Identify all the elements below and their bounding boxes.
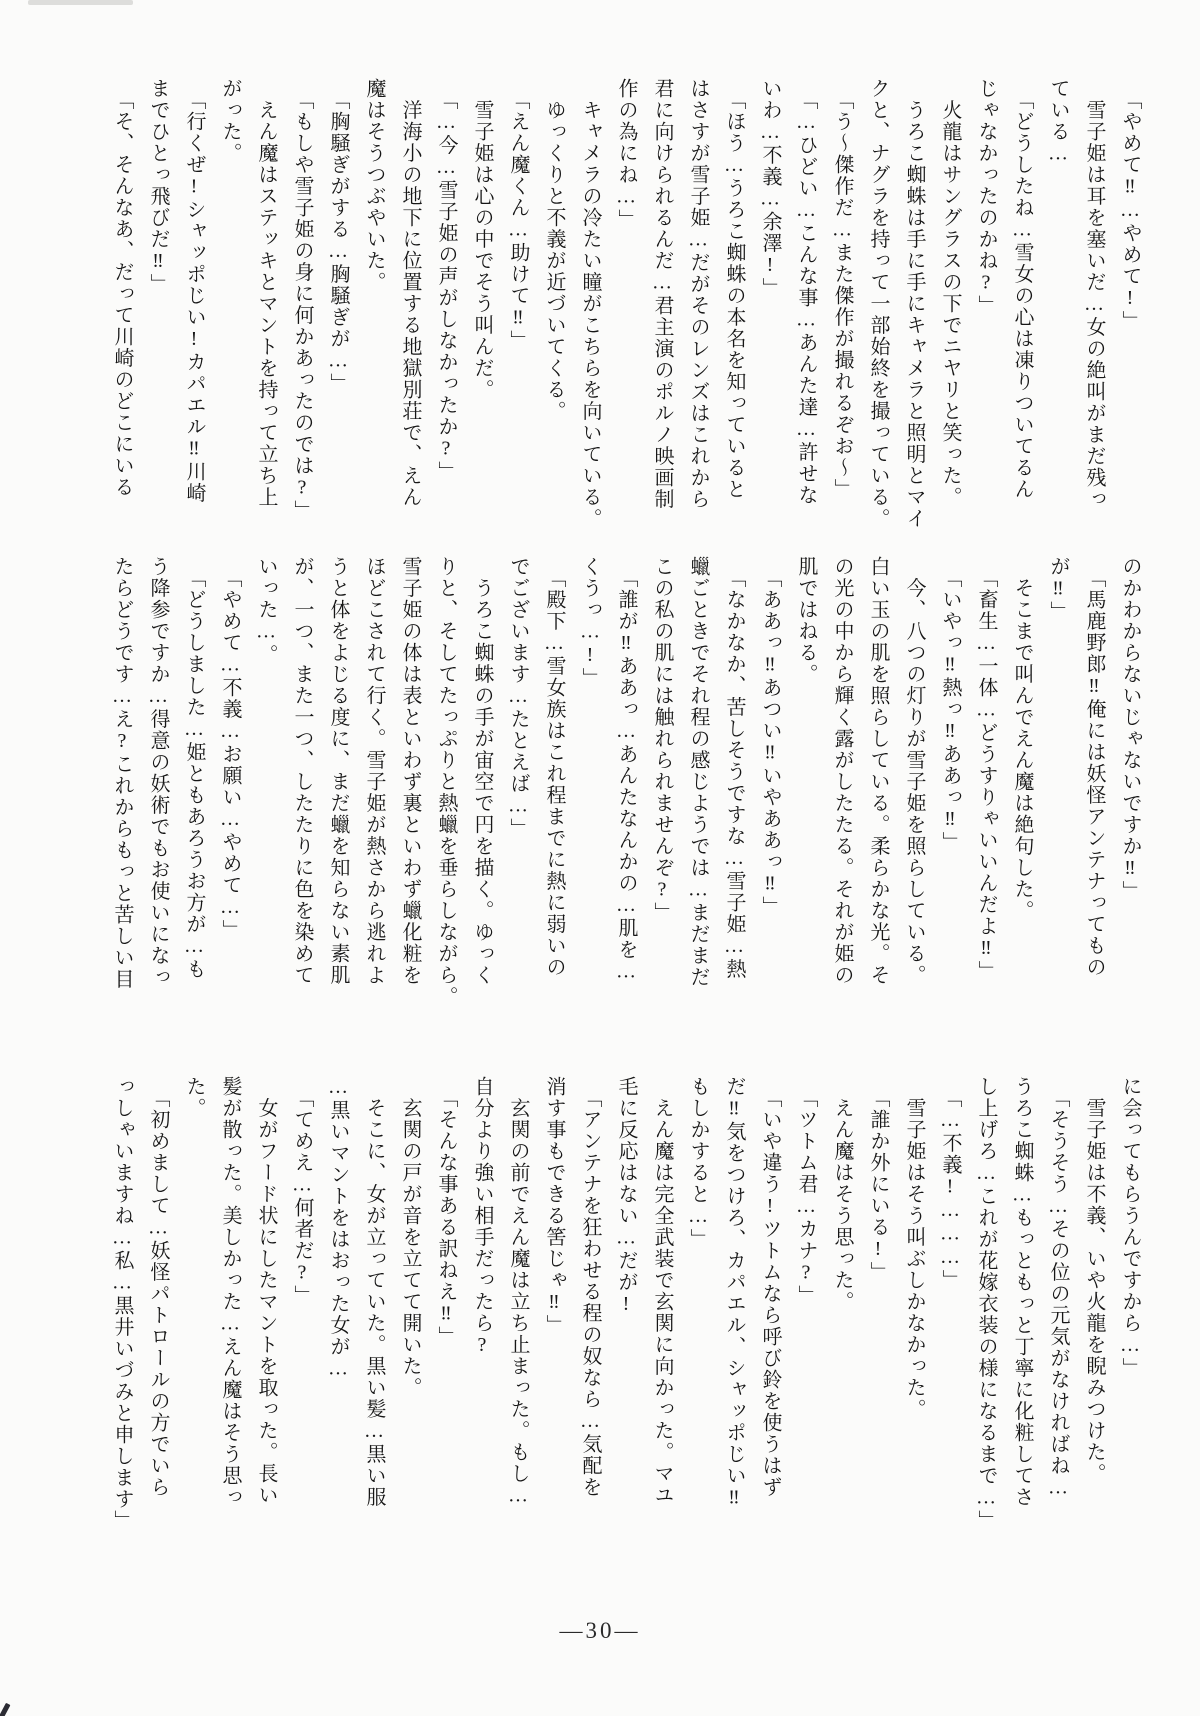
text-column: 肌ではねる。: [788, 556, 824, 1022]
text-column: 「行くぜ!シャッポじい!カパエル‼川崎: [176, 78, 212, 536]
text-band-top: 「やめて‼…やめて!」 雪子姫は耳を塞いだ…女の絶叫がまだ残っている… 「どうし…: [104, 78, 1148, 536]
text-column: までひとっ飛びだ‼」: [140, 78, 176, 536]
text-column: 「殿下…雪女族はこれ程までに熱に弱いの: [536, 556, 572, 1022]
text-column: 「いやっ‼熱っ‼ああっ‼」: [932, 556, 968, 1022]
text-column: 「もしや雪子姫の身に何かあったのでは?」: [284, 78, 320, 536]
text-column: 玄関の戸が音を立てて開いた。: [392, 1076, 428, 1520]
text-column: でございます…たとえば…」: [500, 556, 536, 1022]
text-column: 「誰が‼ああっ…あんたなんかの…肌を…: [608, 556, 644, 1022]
text-column: …黒いマントをはおった女が…: [320, 1076, 356, 1520]
text-column: 「誰か外にいる!」: [860, 1076, 896, 1520]
text-column: 白い玉の肌を照らしている。柔らかな光。そ: [860, 556, 896, 1022]
text-column: 作の為にね…」: [608, 78, 644, 536]
text-band-bottom: に会ってもらうんですから…」 雪子姫は不義、いや火龍を睨みつけた。 「そうそう……: [104, 1076, 1148, 1520]
text-column: じゃなかったのかね?」: [968, 78, 1004, 536]
text-column: 雪子姫はそう叫ぶしかなかった。: [896, 1076, 932, 1520]
text-column: し上げろ…これが花嫁衣装の様になるまで…」: [968, 1076, 1004, 1520]
text-column: たらどうです…え?これからもっと苦しい目: [104, 556, 140, 1022]
text-column: 「ツトム君…カナ?」: [788, 1076, 824, 1520]
text-column: 自分より強い相手だったら?: [464, 1076, 500, 1520]
scan-smudge: [28, 0, 133, 5]
text-column: 「そ、そんなあ、だって川崎のどこにいる: [104, 78, 140, 536]
text-column: だ‼気をつけろ、カパエル、シャッポじい‼: [716, 1076, 752, 1520]
text-column: 「馬鹿野郎‼俺には妖怪アンテナってもの: [1076, 556, 1112, 1022]
text-column: えん魔はステッキとマントを持って立ち上: [248, 78, 284, 536]
text-column: うと体をよじる度に、まだ蠟を知らない素肌: [320, 556, 356, 1022]
text-column: 「畜生…一体…どうすりゃいいんだよ‼」: [968, 556, 1004, 1022]
text-column: 君に向けられるんだ…君主演のポルノ映画制: [644, 78, 680, 536]
text-column: 消す事もできる筈じゃ‼」: [536, 1076, 572, 1520]
text-column: 「う〜傑作だ…また傑作が撮れるぞお〜」: [824, 78, 860, 536]
text-column: 「そんな事ある訳ねえ‼」: [428, 1076, 464, 1520]
text-column: う降参ですか…得意の妖術でもお使いになっ: [140, 556, 176, 1022]
text-column: た。: [176, 1076, 212, 1520]
text-column: 「どうしました…姫ともあろうお方が…も: [176, 556, 212, 1022]
text-column: 「…今…雪子姫の声がしなかったか?」: [428, 78, 464, 536]
text-column: くうっ…!」: [572, 556, 608, 1022]
text-column: うろこ蜘蛛は手に手にキャメラと照明とマイ: [896, 78, 932, 536]
text-column: 「えん魔くん…助けて‼」: [500, 78, 536, 536]
text-column: っしゃいますね…私…黒井いづみと申します」: [104, 1076, 140, 1520]
text-column: が‼」: [1040, 556, 1076, 1022]
text-column: うろこ蜘蛛の手が宙空で円を描く。ゆっく: [464, 556, 500, 1022]
text-column: が、一つ、また一つ、したたりに色を染めて: [284, 556, 320, 1022]
text-column: りと、そしてたっぷりと熱蠟を垂らしながら。: [428, 556, 464, 1022]
text-column: 「胸騒ぎがする…胸騒ぎが…」: [320, 78, 356, 536]
text-column: 雪子姫は不義、いや火龍を睨みつけた。: [1076, 1076, 1112, 1520]
text-column: 魔はそうつぶやいた。: [356, 78, 392, 536]
text-column: 「…ひどい…こんな事…あんた達…許せな: [788, 78, 824, 536]
text-column: 今、八つの灯りが雪子姫を照らしている。: [896, 556, 932, 1022]
text-column: 蠟ごときでそれ程の感じようでは…まだまだ: [680, 556, 716, 1022]
text-column: キャメラの冷たい瞳がこちらを向いている。: [572, 78, 608, 536]
text-column: いった…。: [248, 556, 284, 1022]
text-column: 「どうしたね…雪女の心は凍りついてるん: [1004, 78, 1040, 536]
text-column: のかわからないじゃないですか‼」: [1112, 556, 1148, 1022]
text-column: に会ってもらうんですから…」: [1112, 1076, 1148, 1520]
text-column: 「ああっ‼あつい‼いやああっ‼」: [752, 556, 788, 1022]
text-column: 「いや違う!ツトムなら呼び鈴を使うはず: [752, 1076, 788, 1520]
text-column: 玄関の前でえん魔は立ち止まった。もし…: [500, 1076, 536, 1520]
text-column: ている…: [1040, 78, 1076, 536]
text-column: いわ…不義…余澤!」: [752, 78, 788, 536]
page-number: ―30―: [0, 1618, 1200, 1644]
text-column: えん魔はそう思った。: [824, 1076, 860, 1520]
text-column: ほどこされて行く。雪子姫が熱さから逃れよ: [356, 556, 392, 1022]
text-column: 「…不義!………」: [932, 1076, 968, 1520]
text-column: がった。: [212, 78, 248, 536]
text-column: 雪子姫は耳を塞いだ…女の絶叫がまだ残っ: [1076, 78, 1112, 536]
text-column: ゆっくりと不義が近づいてくる。: [536, 78, 572, 536]
text-column: 「初めまして…妖怪パトロールの方でいら: [140, 1076, 176, 1520]
text-column: 洋海小の地下に位置する地獄別荘で、えん: [392, 78, 428, 536]
text-column: クと、ナグラを持って一部始終を撮っている。: [860, 78, 896, 536]
text-band-middle: のかわからないじゃないですか‼」 「馬鹿野郎‼俺には妖怪アンテナってものが‼」 …: [104, 556, 1148, 1022]
text-column: 「やめて‼…やめて!」: [1112, 78, 1148, 536]
text-column: 「てめえ…何者だ?」: [284, 1076, 320, 1520]
text-column: はさすが雪子姫…だがそのレンズはこれから: [680, 78, 716, 536]
scan-artifact: [0, 1703, 10, 1716]
text-column: 「そうそう…その位の元気がなければね…: [1040, 1076, 1076, 1520]
text-column: の光の中から輝く露がしたたる。それが姫の: [824, 556, 860, 1022]
scanned-document-page: 「やめて‼…やめて!」 雪子姫は耳を塞いだ…女の絶叫がまだ残っている… 「どうし…: [0, 0, 1200, 1716]
text-column: うろこ蜘蛛…もっともっと丁寧に化粧してさ: [1004, 1076, 1040, 1520]
text-column: もしかすると…」: [680, 1076, 716, 1520]
text-column: 「アンテナを狂わせる程の奴なら…気配を: [572, 1076, 608, 1520]
text-column: 雪子姫は心の中でそう叫んだ。: [464, 78, 500, 536]
text-column: そこまで叫んでえん魔は絶句した。: [1004, 556, 1040, 1022]
text-column: 毛に反応はない…だが!: [608, 1076, 644, 1520]
text-column: えん魔は完全武装で玄関に向かった。マユ: [644, 1076, 680, 1520]
text-column: 「なかなか、苦しそうですな…雪子姫…熱: [716, 556, 752, 1022]
text-column: 「やめて…不義…お願い…やめて…」: [212, 556, 248, 1022]
text-column: 女がフード状にしたマントを取った。長い: [248, 1076, 284, 1520]
text-column: 雪子姫の体は表といわず裏といわず蠟化粧を: [392, 556, 428, 1022]
text-column: この私の肌には触れられませんぞ?」: [644, 556, 680, 1022]
text-column: そこに、女が立っていた。黒い髪…黒い服: [356, 1076, 392, 1520]
text-column: 「ほう…うろこ蜘蛛の本名を知っていると: [716, 78, 752, 536]
text-column: 火龍はサングラスの下でニヤリと笑った。: [932, 78, 968, 536]
text-column: 髪が散った。美しかった…えん魔はそう思っ: [212, 1076, 248, 1520]
